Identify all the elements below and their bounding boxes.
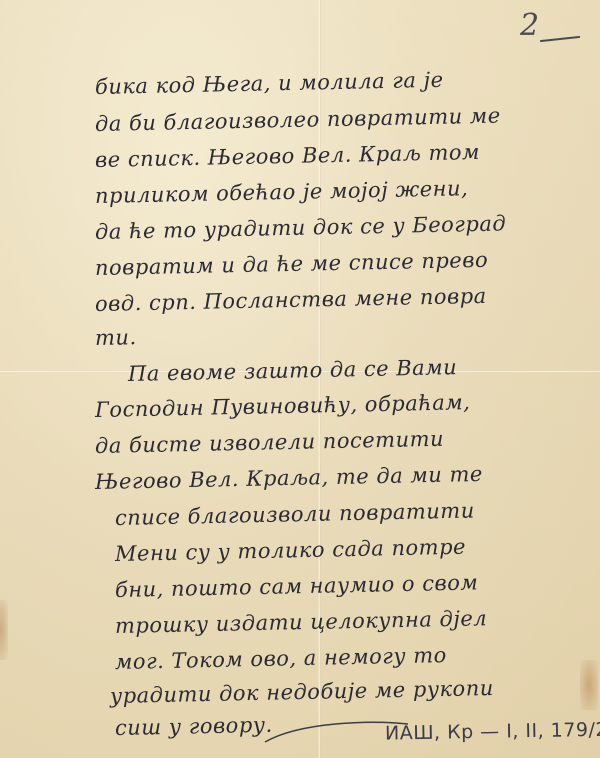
text-line: да би благоизволео повратити ме <box>95 104 501 136</box>
text-line: да бисте изволели посетити <box>95 427 445 458</box>
text-line: списе благоизволи повратити <box>115 498 475 530</box>
text-line: овд. срп. Посланства мене повра <box>95 284 487 316</box>
text-line: урадити док недобије ме рукопи <box>110 676 494 708</box>
paper-stain <box>580 660 598 710</box>
text-line: бни, пошто сам наумио о свом <box>115 570 479 602</box>
text-line: Господин Пувиновићу, обраћам, <box>95 390 471 422</box>
text-line: мог. Током ово, а немогу то <box>115 643 447 674</box>
text-line: приликом обећао је мојој жени, <box>95 176 469 208</box>
paper-stain <box>0 600 8 660</box>
letter-page: 2 бика код Њега, и молила га једа би бла… <box>0 0 600 758</box>
text-line: сиш у говору. <box>115 713 273 740</box>
text-line: Његово Вел. Краља, те да ми те <box>95 462 483 494</box>
text-line: ти. <box>95 325 137 350</box>
text-line: да ће то урадити док се у Београд <box>95 211 507 244</box>
text-line: Мени су у толико сада потре <box>115 535 466 566</box>
text-line: повратим и да ће ме списе прево <box>95 248 489 280</box>
text-line: трошку издати целокупна дјел <box>115 606 488 638</box>
archive-reference: ИАШ, Кр — I, II, 179/2 - 1898. <box>385 717 600 744</box>
text-line: бика код Њега, и молила га је <box>95 68 444 99</box>
page-number: 2 <box>520 8 539 43</box>
text-line: ве списк. Његово Вел. Краљ том <box>95 140 480 172</box>
text-line: Па евоме зашто да се Вами <box>128 355 458 386</box>
